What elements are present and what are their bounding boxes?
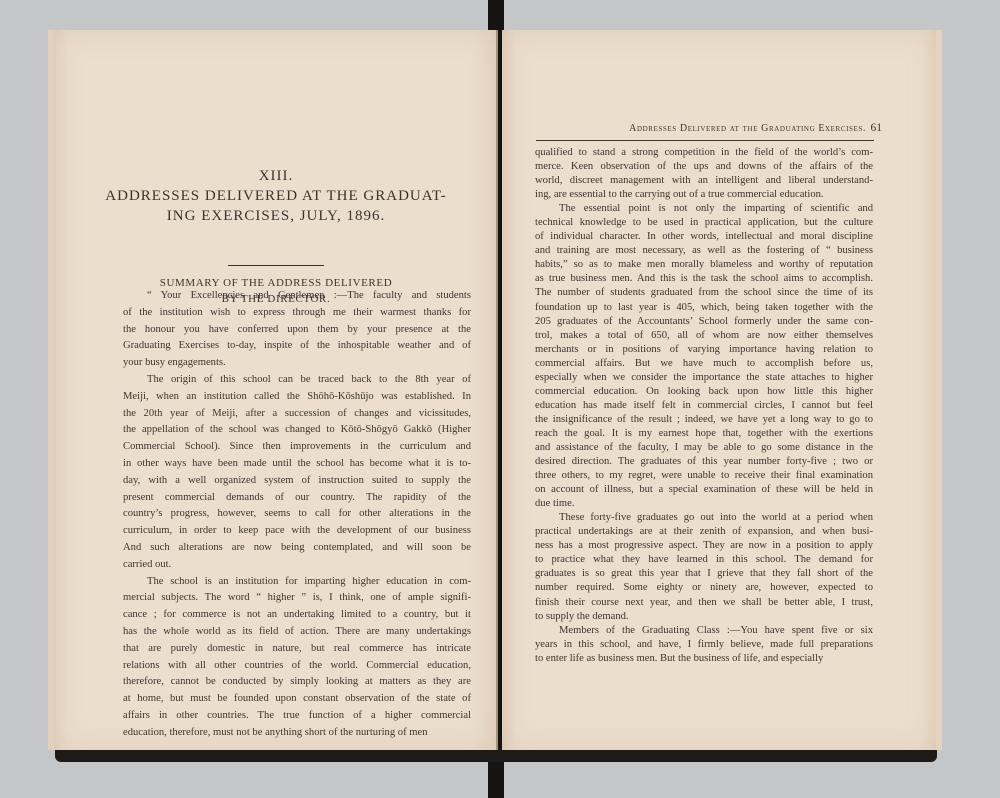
text-line: number required. Some eighty or ninety a… [535,581,873,595]
text-line: in other ways have been made until the s… [123,456,471,473]
text-line: habits,” so as to make men morally blame… [535,258,873,272]
text-line: qualified to stand a strong competition … [535,146,873,160]
text-line: education has made itself felt in commer… [535,399,873,413]
text-line: cance ; for commerce is not an undertaki… [123,607,471,624]
text-line: curriculum, in order to keep pace with t… [123,523,471,540]
running-head-rule [536,140,874,141]
text-line: carried out. [123,557,471,574]
text-line: merchants or in positions of varying imp… [535,343,873,357]
title-divider [228,265,324,266]
text-line: to supply the demand. [535,610,873,624]
page-number: 61 [852,122,882,134]
right-body-text: qualified to stand a strong competition … [535,146,873,666]
text-line: to practice what they have learned in th… [535,553,873,567]
text-line: These forty-five graduates go out into t… [535,511,873,525]
text-line: commercial education. On looking back up… [535,385,873,399]
text-line: 205 graduates of the Accountants’ School… [535,315,873,329]
text-line: to enter life as business men. But the b… [535,652,873,666]
text-line: years in this school, and have, I firmly… [535,638,873,652]
text-line: has the whole world as its field of acti… [123,624,471,641]
chapter-title: ADDRESSES DELIVERED AT THE GRADUAT- ING … [54,186,498,226]
chapter-title-line: ING EXERCISES, JULY, 1896. [54,206,498,226]
text-line: Commercial School). Since then improveme… [123,439,471,456]
text-line: country’s progress, however, seems to ca… [123,506,471,523]
text-line: mercial subjects. The word “ higher ” is… [123,590,471,607]
chapter-number: XIII. [54,168,498,185]
text-line: education, therefore, must not be anythi… [123,725,471,742]
text-line: the 20th year of Meiji, after a successi… [123,406,471,423]
text-line: technical knowledge to be used in practi… [535,216,873,230]
text-line: at home, but must be founded upon consta… [123,691,471,708]
text-line: Meiji, when an institution called the Sh… [123,389,471,406]
text-line: finish their course next year, and then … [535,596,873,610]
running-head: Addresses Delivered at the Graduating Ex… [536,123,866,134]
text-line: relations with all other countries of th… [123,658,471,675]
text-line: foundation up to last year is 405, which… [535,301,873,315]
text-line: merce. Keen observation of the ups and d… [535,160,873,174]
text-line: on account of illness, but a special exa… [535,483,873,497]
text-line: of the institution wish to express throu… [123,305,471,322]
text-line: the appellation of the school was change… [123,422,471,439]
text-line: Members of the Graduating Class :—You ha… [535,624,873,638]
text-line: that are purely domestic in nature, but … [123,641,471,658]
text-line: of individual character. In other words,… [535,230,873,244]
text-line: ing, are essential to the carrying out o… [535,188,873,202]
text-line: commercial affairs. But we have much to … [535,357,873,371]
text-line: reach the goal. It is my earnest hope th… [535,427,873,441]
text-line: your busy engagements. [123,355,471,372]
left-body-text: “ Your Excellencies and Gentlemen :—The … [123,288,471,742]
text-line: The essential point is not only the impa… [535,202,873,216]
text-line: And such alterations are now being conte… [123,540,471,557]
text-line: The school is an institution for imparti… [123,574,471,591]
chapter-title-line: ADDRESSES DELIVERED AT THE GRADUAT- [54,186,498,206]
text-line: practical undertakings are at their zeni… [535,525,873,539]
text-line: day, with a well organized system of ins… [123,473,471,490]
text-line: especially when we consider the importan… [535,371,873,385]
text-line: as true business men. And this is the ta… [535,272,873,286]
page-fold [496,30,498,750]
text-line: “ Your Excellencies and Gentlemen :—The … [123,288,471,305]
text-line: desired direction. The graduates of this… [535,455,873,469]
text-line: three others, to my regret, were unable … [535,469,873,483]
text-line: ness has a most progressive aspect. They… [535,539,873,553]
text-line: and training are most necessary, as well… [535,244,873,258]
text-line: and assistance of the faculty, I may be … [535,441,873,455]
text-line: due time. [535,497,873,511]
text-line: Graduating Exercises to-day, inspite of … [123,338,471,355]
text-line: The origin of this school can be traced … [123,372,471,389]
text-line: trol, makes a total of 650, all of whom … [535,329,873,343]
text-line: therefore, cannot be conducted by simply… [123,674,471,691]
text-line: the honour you have conferred upon them … [123,322,471,339]
text-line: the insignificance of the result ; indee… [535,413,873,427]
text-line: The number of students graduated from th… [535,286,873,300]
book-edge-shadow [55,748,937,762]
text-line: affairs in other countries. The true fun… [123,708,471,725]
text-line: present commercial demands of our countr… [123,490,471,507]
text-line: graduates is so great this year that I g… [535,567,873,581]
text-line: world, discreet management with an intel… [535,174,873,188]
